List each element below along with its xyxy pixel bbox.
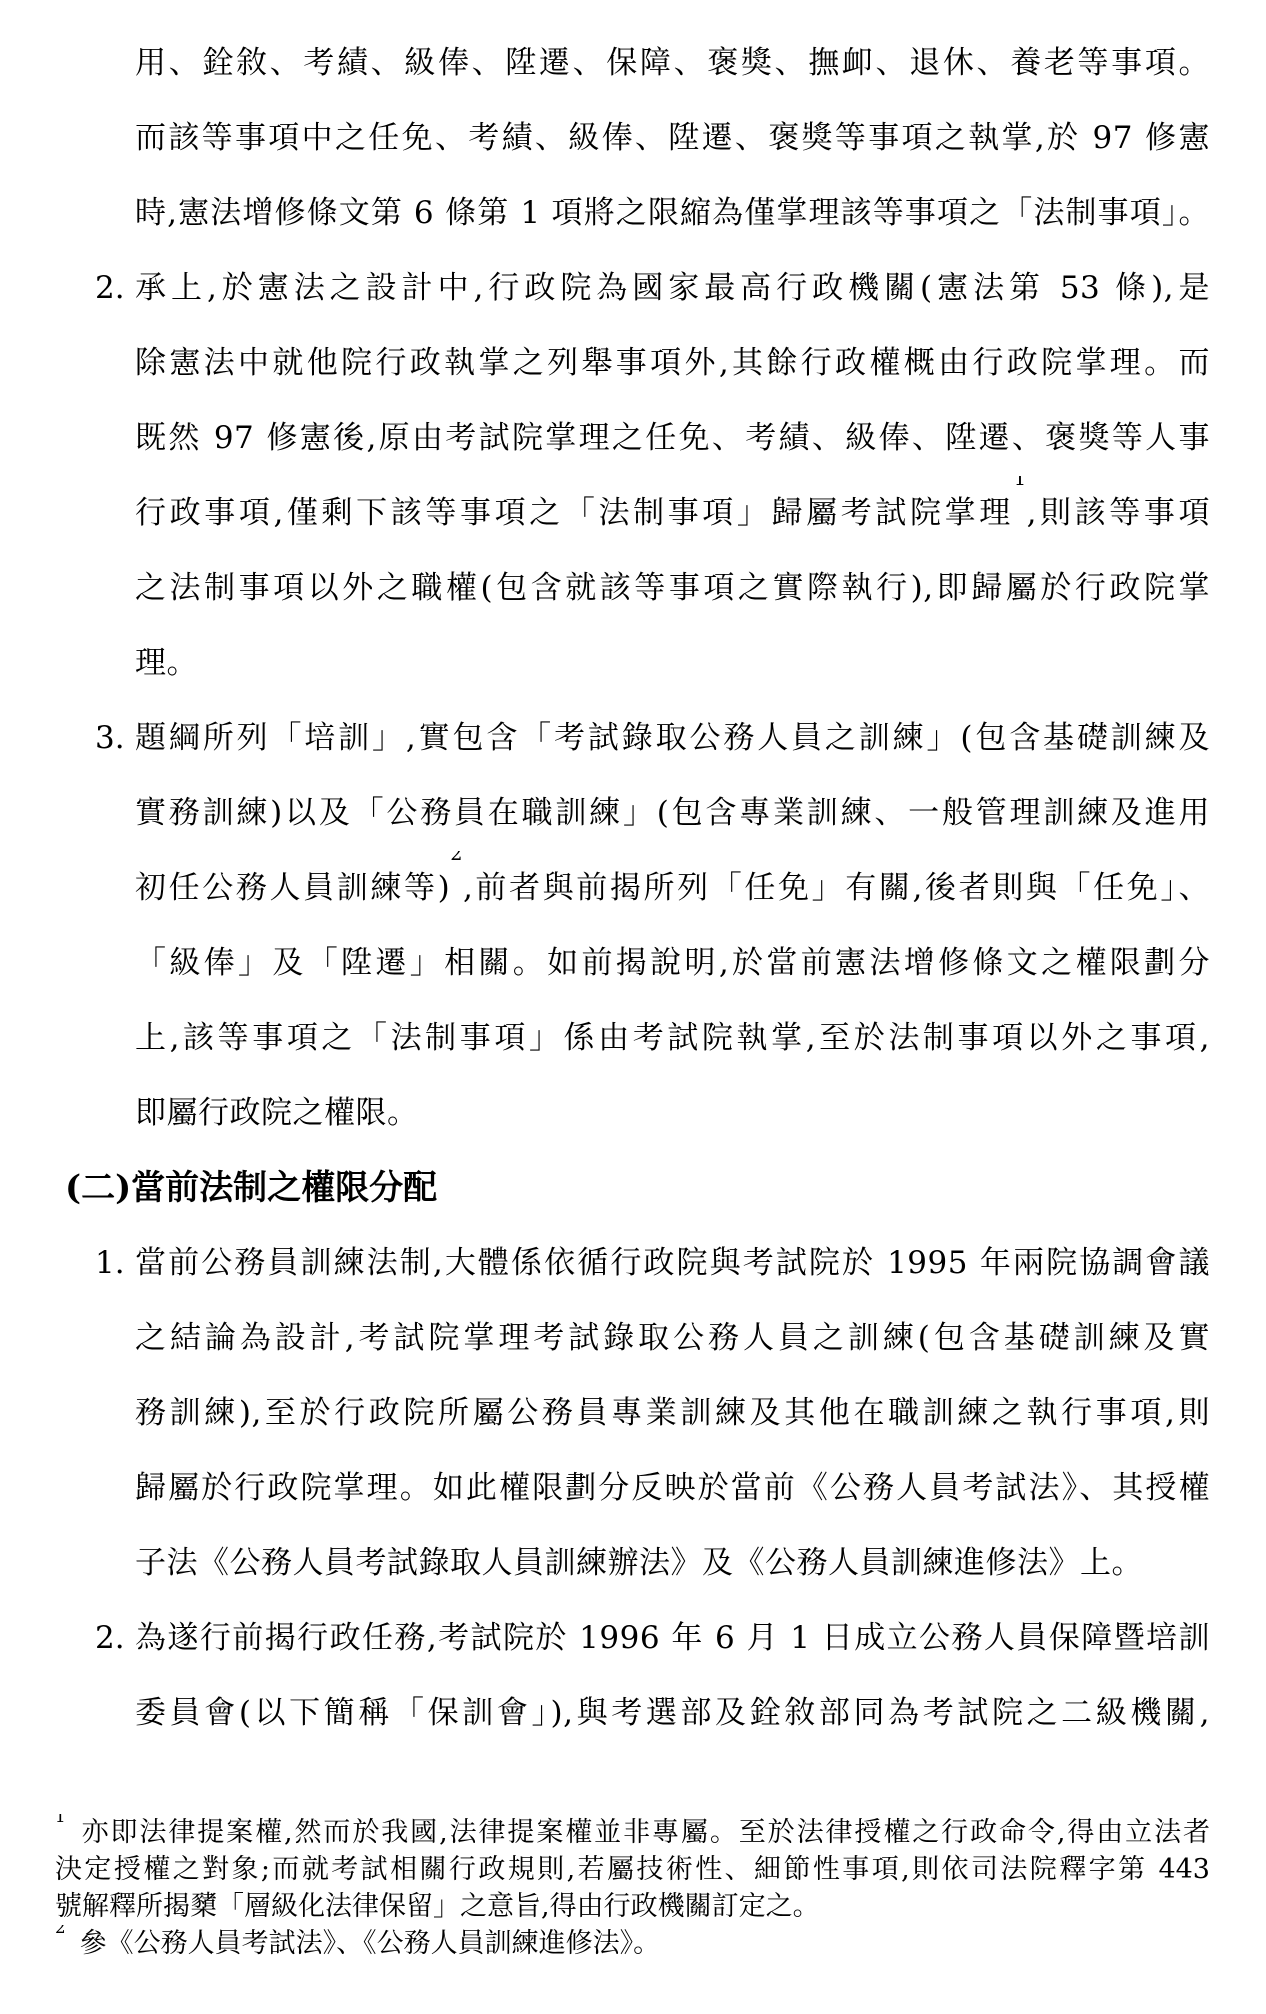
section2-list-item-2: 2. 為遂行前揭行政任務,考試院於 1996 年 6 月 1 日成立公務人員保障… [135,1601,1210,1751]
body-text-block: 用、銓敘、考績、級俸、陞遷、保障、褒獎、撫卹、退休、養老等事項。 而該等事項中之… [135,26,1210,1751]
footnote-1: 1亦即法律提案權,然而於我國,法律提案權並非專屬。至於法律授權之行政命令,得由立… [55,1814,1210,1925]
body-line: 子法《公務人員考試錄取人員訓練辦法》及《公務人員訓練進修法》上。 [135,1526,1210,1601]
body-line-with-footnote-ref: 初任公務人員訓練等)2,前者與前揭所列「任免」有關,後者則與「任免」、 [135,851,1210,926]
list-marker: 1. [95,1226,125,1301]
body-line: 承上,於憲法之設計中,行政院為國家最高行政機關(憲法第 53 條),是 [135,251,1210,326]
footnote-marker-2: 2 [55,1925,66,1937]
body-line: 題綱所列「培訓」,實包含「考試錄取公務人員之訓練」(包含基礎訓練及 [135,701,1210,776]
footnote-ref-1: 1 [1014,476,1027,490]
text-segment: 參《公務人員考試法》、《公務人員訓練進修法》。 [80,1928,661,1959]
list-marker: 2. [95,1601,125,1676]
text-segment: ,則該等事項 [1027,495,1210,531]
footnote-line: 1亦即法律提案權,然而於我國,法律提案權並非專屬。至於法律授權之行政命令,得由立… [55,1814,1210,1851]
body-line: 之結論為設計,考試院掌理考試錄取公務人員之訓練(包含基礎訓練及實 [135,1301,1210,1376]
body-line-with-footnote-ref: 行政事項,僅剩下該等事項之「法制事項」歸屬考試院掌理1,則該等事項 [135,476,1210,551]
body-line: 而該等事項中之任免、考績、級俸、陞遷、褒獎等事項之執掌,於 97 修憲 [135,101,1210,176]
body-line: 務訓練),至於行政院所屬公務員專業訓練及其他在職訓練之執行事項,則 [135,1376,1210,1451]
body-line: 實務訓練)以及「公務員在職訓練」(包含專業訓練、一般管理訓練及進用 [135,776,1210,851]
footnote-line: 2參《公務人員考試法》、《公務人員訓練進修法》。 [55,1925,1210,1962]
body-line: 即屬行政院之權限。 [135,1076,1210,1151]
footnote-line: 號解釋所揭櫫「層級化法律保留」之意旨,得由行政機關訂定之。 [55,1888,1210,1925]
list-item-2: 2. 承上,於憲法之設計中,行政院為國家最高行政機關(憲法第 53 條),是 除… [135,251,1210,701]
text-segment: 行政事項,僅剩下該等事項之「法制事項」歸屬考試院掌理 [135,495,1014,531]
body-line: 既然 97 修憲後,原由考試院掌理之任免、考績、級俸、陞遷、褒獎等人事 [135,401,1210,476]
body-line: 委員會(以下簡稱「保訓會」),與考選部及銓敘部同為考試院之二級機關, [135,1676,1210,1751]
list-item-3: 3. 題綱所列「培訓」,實包含「考試錄取公務人員之訓練」(包含基礎訓練及 實務訓… [135,701,1210,1151]
document-page: 用、銓敘、考績、級俸、陞遷、保障、褒獎、撫卹、退休、養老等事項。 而該等事項中之… [0,0,1266,2014]
body-line: 當前公務員訓練法制,大體係依循行政院與考試院於 1995 年兩院協調會議 [135,1226,1210,1301]
body-line: 理。 [135,626,1210,701]
body-line: 時,憲法增修條文第 6 條第 1 項將之限縮為僅掌理該等事項之「法制事項」。 [135,176,1210,251]
paragraph-continuation: 用、銓敘、考績、級俸、陞遷、保障、褒獎、撫卹、退休、養老等事項。 而該等事項中之… [135,26,1210,251]
body-line: 除憲法中就他院行政執掌之列舉事項外,其餘行政權概由行政院掌理。而 [135,326,1210,401]
text-segment: 亦即法律提案權,然而於我國,法律提案權並非專屬。至於法律授權之行政命令,得由立法… [80,1817,1210,1848]
footnote-ref-2: 2 [450,851,463,865]
footnote-marker-1: 1 [55,1814,66,1826]
body-line: 上,該等事項之「法制事項」係由考試院執掌,至於法制事項以外之事項, [135,1001,1210,1076]
list-marker: 3. [95,701,125,776]
section2-list-item-1: 1. 當前公務員訓練法制,大體係依循行政院與考試院於 1995 年兩院協調會議 … [135,1226,1210,1601]
body-line: 為遂行前揭行政任務,考試院於 1996 年 6 月 1 日成立公務人員保障暨培訓 [135,1601,1210,1676]
body-line: 用、銓敘、考績、級俸、陞遷、保障、褒獎、撫卹、退休、養老等事項。 [135,26,1210,101]
footnotes-block: 1亦即法律提案權,然而於我國,法律提案權並非專屬。至於法律授權之行政命令,得由立… [55,1814,1210,1962]
body-line: 歸屬於行政院掌理。如此權限劃分反映於當前《公務人員考試法》、其授權 [135,1451,1210,1526]
body-line: 「級俸」及「陞遷」相關。如前揭說明,於當前憲法增修條文之權限劃分 [135,926,1210,1001]
text-segment: ,前者與前揭所列「任免」有關,後者則與「任免」、 [463,870,1210,906]
text-segment: 初任公務人員訓練等) [135,870,450,906]
body-line: 之法制事項以外之職權(包含就該等事項之實際執行),即歸屬於行政院掌 [135,551,1210,626]
list-marker: 2. [95,251,125,326]
footnote-2: 2參《公務人員考試法》、《公務人員訓練進修法》。 [55,1925,1210,1962]
footnote-line: 決定授權之對象;而就考試相關行政規則,若屬技術性、細節性事項,則依司法院釋字第 … [55,1851,1210,1888]
section-heading: (二)當前法制之權限分配 [65,1151,1210,1226]
